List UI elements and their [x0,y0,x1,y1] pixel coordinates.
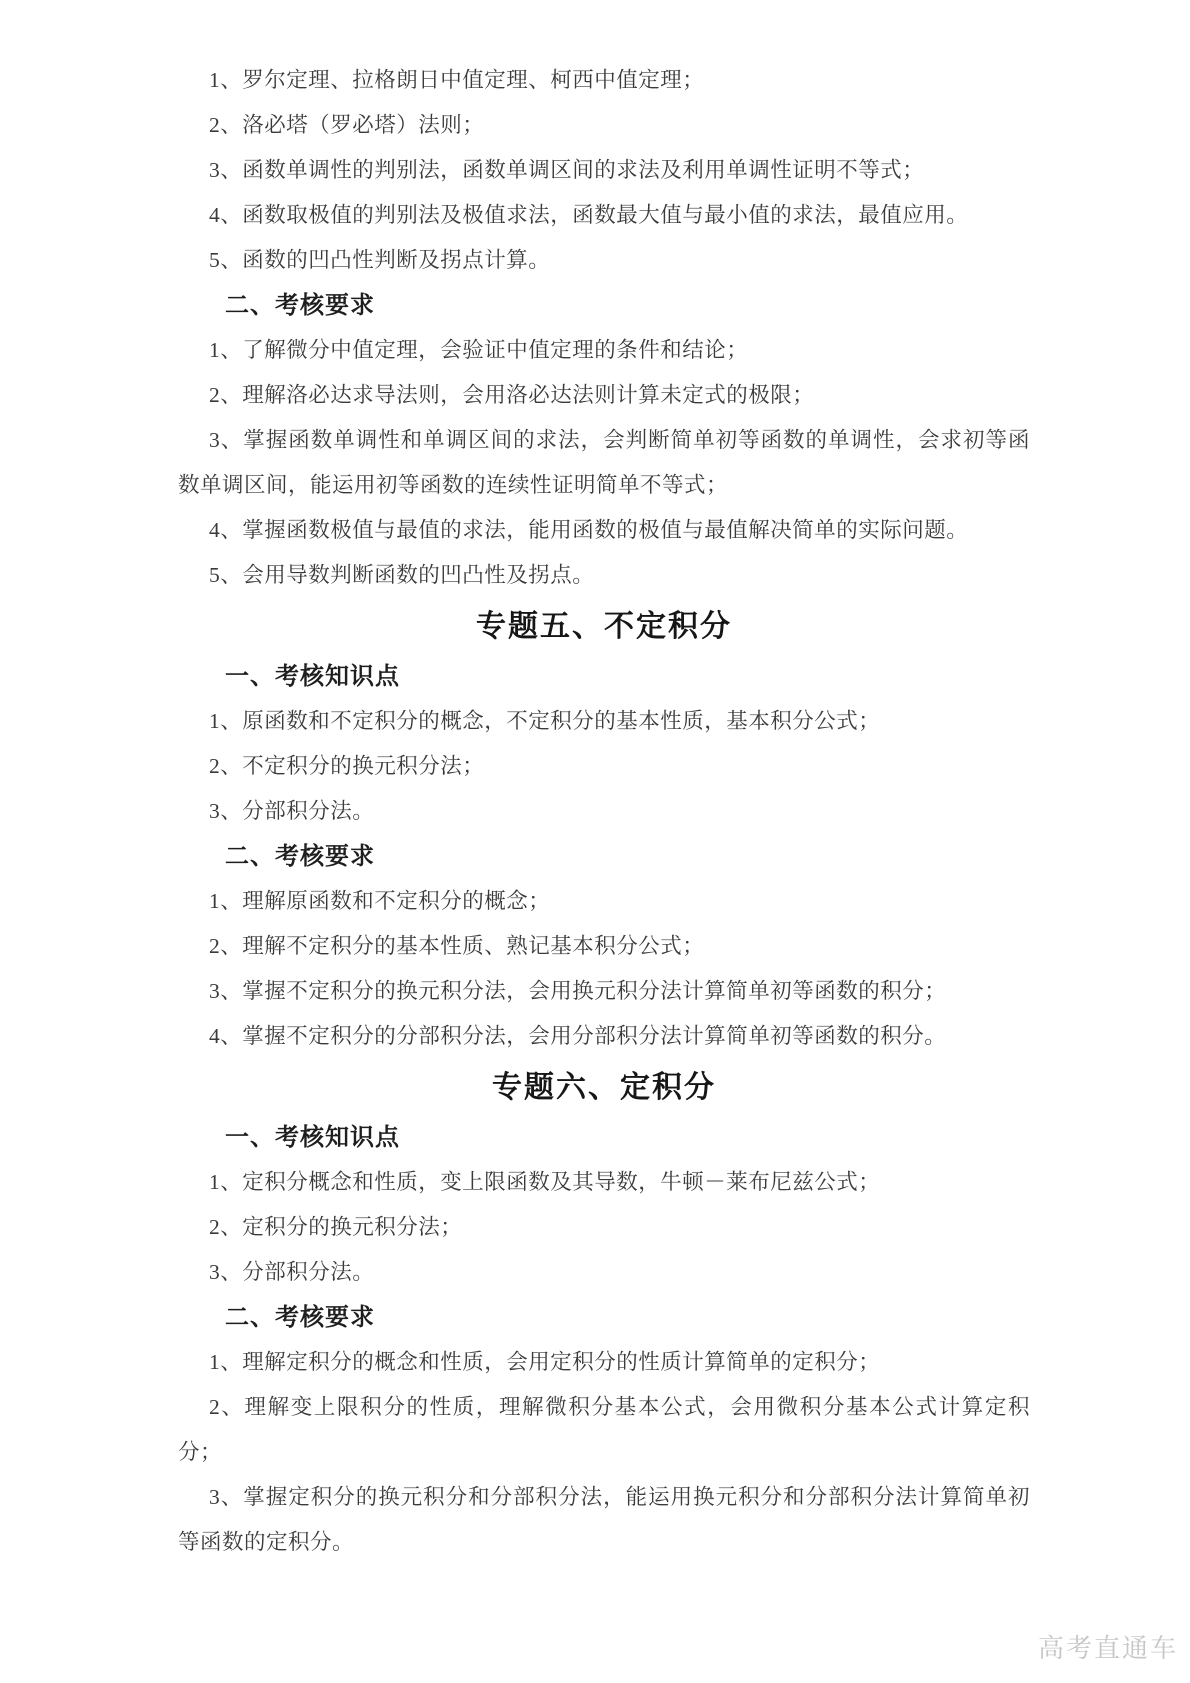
list-item-paragraph: 1、罗尔定理、拉格朗日中值定理、柯西中值定理； [178,58,1030,103]
watermark: 高考直通车 [1038,1628,1178,1665]
section-heading: 二、考核要求 [178,834,1030,879]
list-item-paragraph: 4、函数取极值的判别法及极值求法，函数最大值与最小值的求法，最值应用。 [178,193,1030,238]
list-item-paragraph: 2、定积分的换元积分法； [178,1205,1030,1250]
list-item-paragraph: 3、函数单调性的判别法，函数单调区间的求法及利用单调性证明不等式； [178,148,1030,193]
list-item-paragraph: 5、会用导数判断函数的凹凸性及拐点。 [178,553,1030,598]
list-item-paragraph: 3、分部积分法。 [178,789,1030,834]
list-item-paragraph: 1、了解微分中值定理，会验证中值定理的条件和结论； [178,328,1030,373]
list-item-paragraph: 3、分部积分法。 [178,1250,1030,1295]
section-heading: 一、考核知识点 [178,654,1030,699]
list-item-paragraph: 2、不定积分的换元积分法； [178,744,1030,789]
chapter-heading: 专题五、不定积分 [178,601,1030,652]
section-heading: 二、考核要求 [178,1295,1030,1340]
document-page: 1、罗尔定理、拉格朗日中值定理、柯西中值定理；2、洛必塔（罗必塔）法则；3、函数… [0,0,1190,1683]
list-item-paragraph: 3、掌握定积分的换元积分和分部积分法，能运用换元积分和分部积分法计算简单初等函数… [178,1475,1030,1565]
list-item-paragraph: 2、理解不定积分的基本性质、熟记基本积分公式； [178,924,1030,969]
chapter-heading: 专题六、定积分 [178,1062,1030,1113]
list-item-paragraph: 1、原函数和不定积分的概念，不定积分的基本性质，基本积分公式； [178,699,1030,744]
list-item-paragraph: 4、掌握函数极值与最值的求法，能用函数的极值与最值解决简单的实际问题。 [178,508,1030,553]
section-heading: 二、考核要求 [178,283,1030,328]
list-item-paragraph: 1、定积分概念和性质，变上限函数及其导数，牛顿－莱布尼兹公式； [178,1160,1030,1205]
document-body: 1、罗尔定理、拉格朗日中值定理、柯西中值定理；2、洛必塔（罗必塔）法则；3、函数… [178,58,1030,1565]
list-item-paragraph: 3、掌握不定积分的换元积分法，会用换元积分法计算简单初等函数的积分； [178,969,1030,1014]
list-item-paragraph: 2、理解变上限积分的性质，理解微积分基本公式，会用微积分基本公式计算定积分； [178,1385,1030,1475]
list-item-paragraph: 3、掌握函数单调性和单调区间的求法，会判断简单初等函数的单调性，会求初等函数单调… [178,418,1030,508]
list-item-paragraph: 1、理解定积分的概念和性质，会用定积分的性质计算简单的定积分； [178,1340,1030,1385]
list-item-paragraph: 5、函数的凹凸性判断及拐点计算。 [178,238,1030,283]
section-heading: 一、考核知识点 [178,1115,1030,1160]
list-item-paragraph: 2、洛必塔（罗必塔）法则； [178,103,1030,148]
list-item-paragraph: 2、理解洛必达求导法则，会用洛必达法则计算未定式的极限； [178,373,1030,418]
list-item-paragraph: 1、理解原函数和不定积分的概念； [178,879,1030,924]
list-item-paragraph: 4、掌握不定积分的分部积分法，会用分部积分法计算简单初等函数的积分。 [178,1014,1030,1059]
